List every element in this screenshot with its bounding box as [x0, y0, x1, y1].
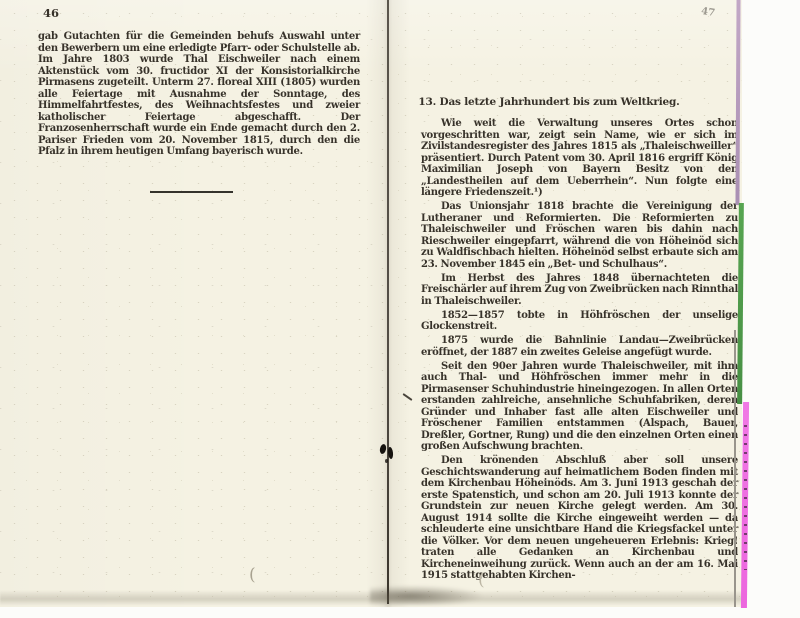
- paragraph: Im Herbst des Jahres 1848 übernachteten …: [421, 273, 738, 308]
- left-page-number: 46: [43, 6, 59, 20]
- paragraph: 1875 wurde die Bahnlinie Landau—Zweibrüc…: [421, 335, 738, 358]
- page-edge-line: [734, 330, 736, 607]
- ink-blot: [385, 459, 388, 463]
- left-page-paragraph: gab Gutachten für die Gemeinden behufs A…: [38, 31, 360, 158]
- fold-bottom-smudge: [370, 585, 485, 605]
- edge-strip-text-marks: [744, 425, 747, 570]
- paragraph: 1852—1857 tobte in Höhfröschen der unsel…: [421, 310, 738, 333]
- paragraph: Den krönenden Abschluß aber soll unsere …: [421, 455, 738, 582]
- center-fold-line: [387, 0, 389, 604]
- right-page-number: 47: [700, 6, 715, 19]
- stray-bracket-mark: (: [249, 565, 256, 585]
- paragraph: Wie weit die Verwaltung unseres Ortes sc…: [421, 118, 738, 199]
- book-scan: 46 gab Gutachten für die Gemeinden behuf…: [0, 0, 800, 618]
- right-page-body: Wie weit die Verwaltung unseres Ortes sc…: [421, 118, 738, 584]
- paragraph: Das Unionsjahr 1818 brachte die Vereinig…: [421, 201, 738, 270]
- book-spread: 46 gab Gutachten für die Gemeinden behuf…: [0, 0, 742, 607]
- section-end-rule: [150, 191, 233, 193]
- chapter-heading: 13. Das letzte Jahrhundert bis zum Weltk…: [391, 96, 707, 108]
- paragraph: Seit den 90er Jahren wurde Thaleischweil…: [421, 361, 738, 453]
- edge-strip-green: [737, 203, 743, 404]
